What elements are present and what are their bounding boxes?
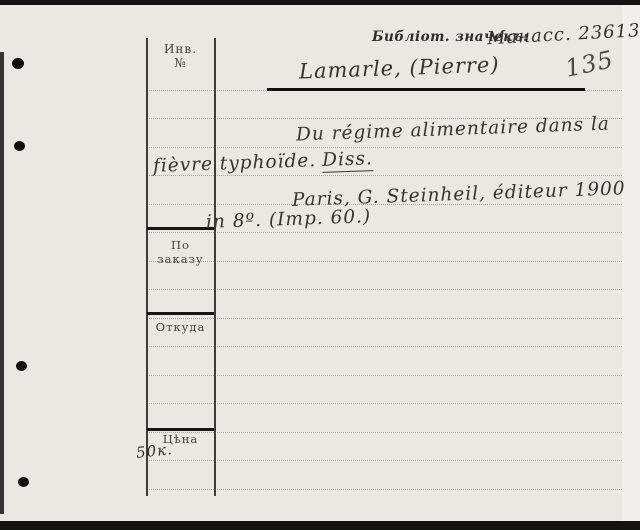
ruled-line xyxy=(147,432,622,433)
format-note-handwritten: in 8º. (Imp. 60.) xyxy=(206,206,372,233)
punch-hole xyxy=(14,141,25,151)
ruled-line xyxy=(147,489,622,490)
scan-edge-left xyxy=(0,52,4,514)
punch-hole xyxy=(18,477,29,487)
library-stamp-value-handwritten: Манасс. 23613. xyxy=(487,20,640,49)
title-line-2-text: fièvre typhoïde. xyxy=(153,150,317,177)
section-divider xyxy=(147,312,214,315)
author-underline xyxy=(267,88,585,91)
ruled-line xyxy=(147,147,622,148)
author-heading-handwritten: Lamarle, (Pierre) xyxy=(299,53,500,84)
price-value-handwritten: 50к. xyxy=(135,440,173,462)
ruled-line xyxy=(147,375,622,376)
title-line-2-handwritten: fièvre typhoïde.Diss. xyxy=(153,148,373,177)
ruled-line xyxy=(147,460,622,461)
field-label-inventory-number-sign: № xyxy=(147,56,214,70)
field-label-origin: Откуда xyxy=(147,320,214,334)
section-divider xyxy=(147,227,214,230)
ruled-line xyxy=(147,403,622,404)
ruled-line xyxy=(147,318,622,319)
library-catalog-card-scan: Инв. № По заказу Откуда Цѣна Библіот. зн… xyxy=(0,0,640,530)
punch-hole xyxy=(12,58,24,69)
scan-edge-bottom xyxy=(0,521,640,530)
column-border-right xyxy=(214,38,216,496)
ruled-line xyxy=(147,346,622,347)
field-label-by-order: По заказу xyxy=(147,238,214,266)
punch-hole xyxy=(16,361,27,371)
field-label-inventory-number: Инв. xyxy=(147,42,214,56)
card-right-margin xyxy=(622,5,640,521)
corner-mark-handwritten: 135 xyxy=(563,45,617,83)
section-divider xyxy=(147,428,214,431)
ruled-line xyxy=(147,175,622,176)
imprint-line-handwritten: Paris, G. Steinheil, éditeur 1900 xyxy=(292,178,626,211)
ruled-line xyxy=(147,261,622,262)
dissertation-note: Diss. xyxy=(322,148,373,173)
scan-edge-top xyxy=(0,0,640,5)
ruled-line xyxy=(147,289,622,290)
